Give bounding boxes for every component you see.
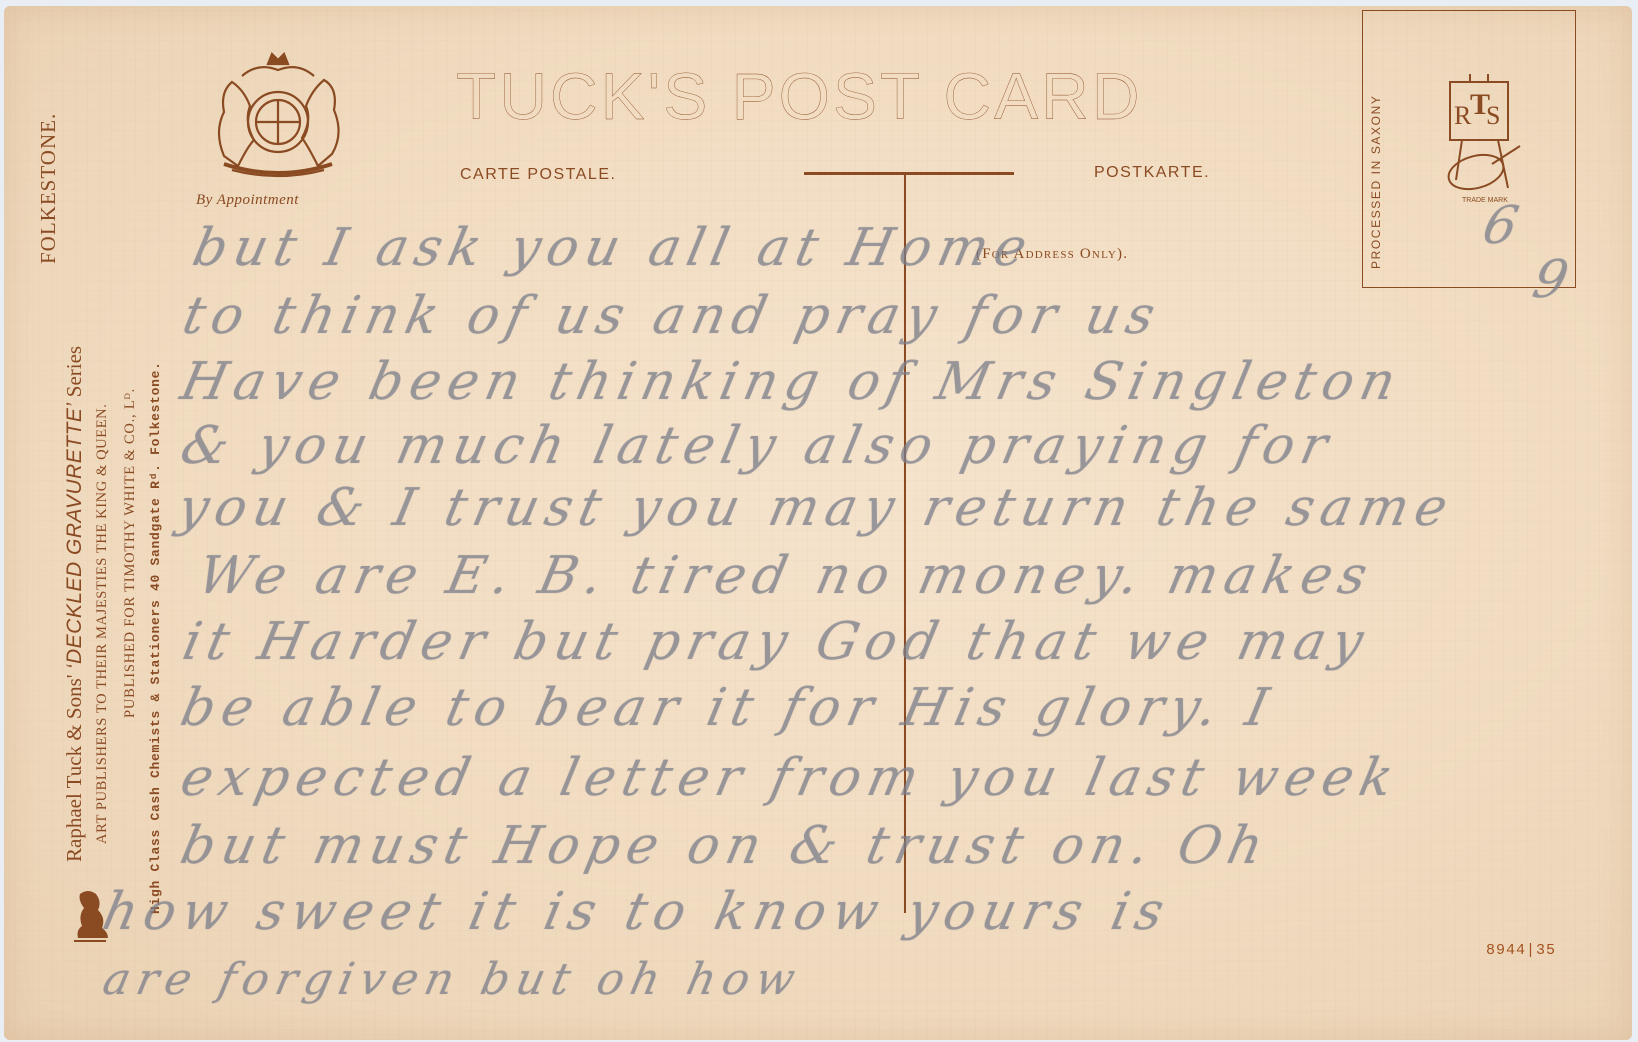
processed-in-label: PROCESSED IN SAXONY (1369, 95, 1383, 269)
carte-postale-label: CARTE POSTALE. (460, 166, 616, 184)
by-appointment-label: By Appointment (196, 192, 299, 209)
handwriting-line: be able to bear it for His glory. I (176, 678, 1281, 738)
svg-text:S: S (1486, 101, 1500, 130)
postkarte-label: POSTKARTE. (1094, 164, 1210, 182)
handwriting-line: but I ask you all at Home (188, 218, 1039, 278)
art-publishers-line: ART PUBLISHERS TO THEIR MAJESTIES THE KI… (94, 404, 111, 844)
handwriting-line: to think of us and pray for us (178, 286, 1167, 346)
divider-horizontal (804, 172, 1014, 175)
rts-easel-logo-icon: R T S TRADE MARK (1440, 70, 1530, 210)
handwriting-line: how sweet it is to know yours is (98, 882, 1176, 942)
handwriting-line: you & I trust you may return the same (173, 478, 1460, 538)
handwriting-line: but must Hope on & trust on. Oh (176, 816, 1276, 876)
handwriting-line: are forgiven but oh how (99, 954, 807, 1005)
serial-number: 8944|35 (1486, 942, 1556, 959)
postcard-title: TUCK'S POST CARD (456, 58, 1142, 134)
publisher-series: Raphael Tuck & Sons' ‘DECKLED GRAVURETTE… (62, 346, 87, 862)
royal-coat-of-arms-icon (202, 42, 354, 182)
published-for-line: PUBLISHED FOR TIMOTHY WHITE & CO., Lᴰ. (122, 388, 139, 718)
postcard-back: By Appointment TUCK'S POST CARD CARTE PO… (4, 6, 1632, 1040)
handwriting-line: Have been thinking of Mrs Singleton (176, 352, 1408, 412)
series-name: ‘DECKLED GRAVURETTE’ (63, 402, 86, 669)
handwriting-line: & you much lately also praying for (176, 416, 1340, 476)
publisher-location: FOLKESTONE. (36, 113, 61, 264)
handwriting-line: expected a letter from you last week (176, 748, 1406, 808)
chemist-address-line: High Class Cash Chemists & Stationers 40… (148, 361, 163, 914)
handwriting-line: We are E. B. tired no money. makes (193, 546, 1380, 606)
series-prefix: Raphael Tuck & Sons' (62, 674, 86, 862)
series-suffix: Series (62, 346, 86, 397)
handwriting-line: it Harder but pray God that we may (178, 612, 1376, 672)
